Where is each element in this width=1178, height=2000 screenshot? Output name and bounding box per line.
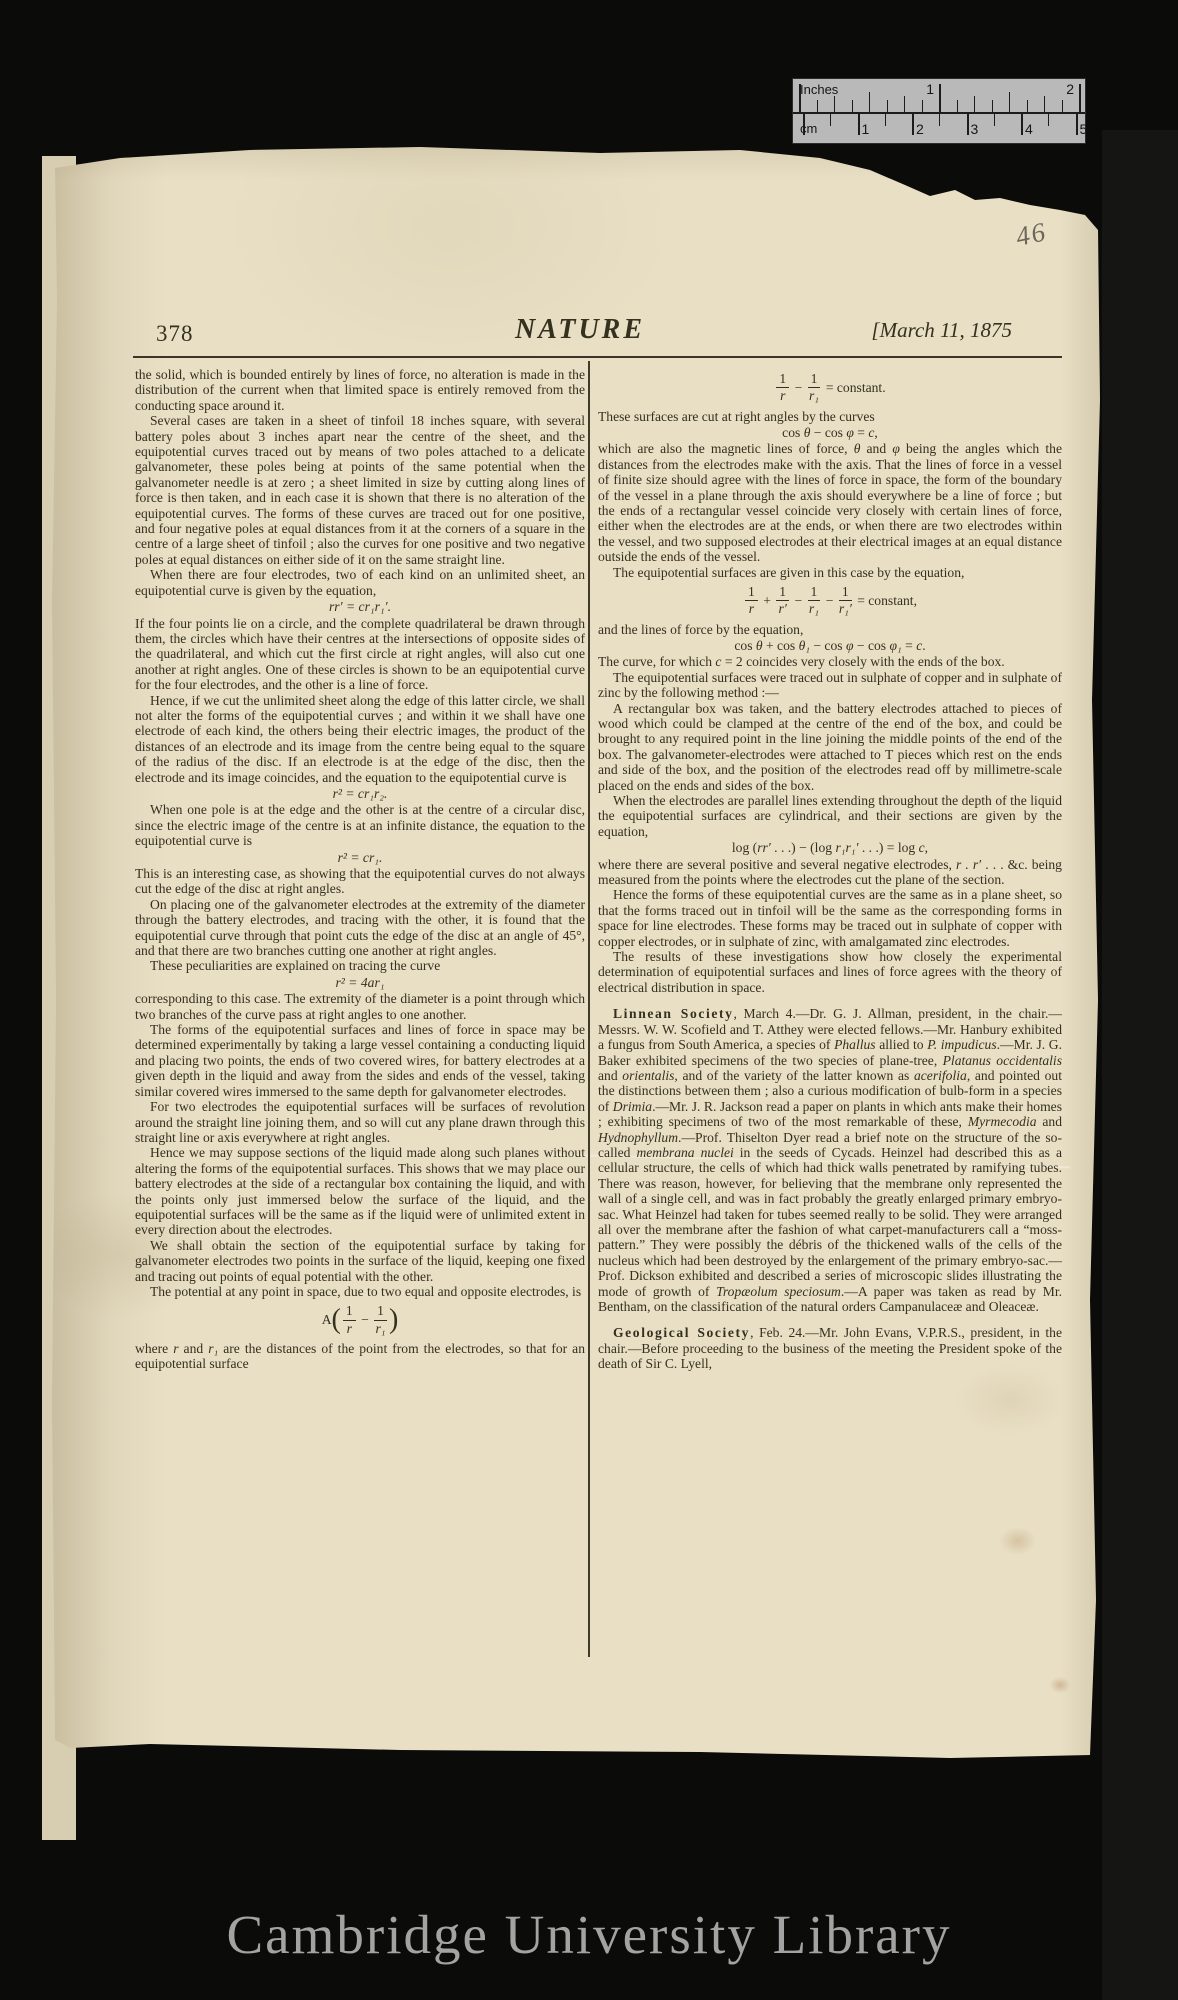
paragraph: The results of these investigations show… bbox=[598, 949, 1062, 995]
text-run: r² = cr₁r₂. bbox=[333, 786, 388, 801]
ruler-tick bbox=[817, 100, 818, 112]
paragraph: When there are four electrodes, two of e… bbox=[135, 567, 585, 598]
text-run: When one pole is at the edge and the oth… bbox=[135, 802, 585, 848]
fraction: 1r₁ bbox=[374, 1304, 387, 1336]
text-run: When the electrodes are parallel lines e… bbox=[598, 793, 1062, 839]
ruler-tick bbox=[992, 100, 993, 112]
ruler-tick bbox=[834, 96, 835, 112]
ruler-tick bbox=[939, 84, 941, 112]
paragraph: When the electrodes are parallel lines e… bbox=[598, 793, 1062, 839]
text-run: , bbox=[925, 840, 928, 855]
ruler-tick bbox=[1079, 84, 1081, 112]
text-run: For two electrodes the equipotential sur… bbox=[135, 1099, 585, 1145]
text-run: , bbox=[874, 425, 877, 440]
paragraph: The curve, for which c = 2 coincides ver… bbox=[598, 654, 1062, 669]
text-run: and bbox=[598, 1068, 622, 1083]
paragraph: Hence the forms of these equipotential c… bbox=[598, 887, 1062, 949]
parenthesis: ( bbox=[332, 1306, 341, 1334]
paragraph: The forms of the equipotential surfaces … bbox=[135, 1022, 585, 1099]
ruler-tick bbox=[799, 84, 801, 112]
text-run: − bbox=[791, 380, 805, 395]
ruler-tick bbox=[1009, 92, 1010, 112]
ruler-tick bbox=[1044, 96, 1045, 112]
paragraph: These peculiarities are explained on tra… bbox=[135, 958, 585, 973]
ruler-tick bbox=[912, 114, 914, 135]
ruler-cm-number: 5 bbox=[1080, 121, 1088, 137]
paragraph: A rectangular box was taken, and the bat… bbox=[598, 701, 1062, 793]
text-run: The equipotential surfaces are given in … bbox=[613, 565, 964, 580]
text-run: , and of the variety of the latter known… bbox=[674, 1068, 914, 1083]
text-run: where there are several positive and sev… bbox=[598, 857, 956, 872]
text-run: φ bbox=[846, 425, 854, 440]
ruler-cm-number: 1 bbox=[862, 121, 870, 137]
equation: log (rr′ . . .) − (log r₁r₁′ . . .) = lo… bbox=[598, 840, 1062, 855]
text-run: Hence we may suppose sections of the liq… bbox=[135, 1145, 585, 1237]
ruler-tick bbox=[885, 114, 886, 126]
text-run: being the angles which the distances fro… bbox=[598, 441, 1062, 564]
text-run: corresponding to this case. The extremit… bbox=[135, 991, 585, 1021]
text-run: cos bbox=[734, 638, 756, 653]
society-name: Geological Society bbox=[613, 1325, 750, 1340]
text-run: When there are four electrodes, two of e… bbox=[135, 567, 585, 597]
text-run: = constant, bbox=[854, 593, 917, 608]
text-run: θ bbox=[756, 638, 763, 653]
text-run: A bbox=[322, 1312, 332, 1327]
text-run: φ₁ bbox=[889, 638, 901, 653]
equation: rr′ = cr₁r₁′. bbox=[135, 599, 585, 614]
ruler-cm-number: 4 bbox=[1025, 121, 1033, 137]
text-run: Hence, if we cut the unlimited sheet alo… bbox=[135, 693, 585, 785]
text-run: − cos bbox=[810, 638, 846, 653]
ruler-tick bbox=[994, 114, 995, 126]
text-run: Tropæolum speciosum bbox=[716, 1284, 841, 1299]
paragraph: For two electrodes the equipotential sur… bbox=[135, 1099, 585, 1145]
ruler-tick bbox=[858, 114, 860, 135]
text-run: and bbox=[179, 1341, 209, 1356]
text-run: orientalis bbox=[622, 1068, 674, 1083]
text-run: and the lines of force by the equation, bbox=[598, 622, 803, 637]
text-run: membrana nuclei bbox=[636, 1145, 733, 1160]
text-run: We shall obtain the section of the equip… bbox=[135, 1238, 585, 1284]
text-run: The curve, for which bbox=[598, 654, 715, 669]
journal-page: 46 378 NATURE [March 11, 1875 the solid,… bbox=[50, 145, 1105, 1765]
paragraph: The equipotential surfaces are given in … bbox=[598, 565, 1062, 580]
ruler-tick bbox=[803, 114, 805, 135]
text-run: A rectangular box was taken, and the bat… bbox=[598, 701, 1062, 793]
paragraph: where there are several positive and sev… bbox=[598, 857, 1062, 888]
ruler-cm-number: 3 bbox=[971, 121, 979, 137]
measurement-ruler: Inches cm 1212345 bbox=[792, 78, 1086, 144]
text-run: allied to bbox=[876, 1037, 928, 1052]
text-run: θ₁ bbox=[799, 638, 810, 653]
text-run: The potential at any point in space, due… bbox=[150, 1284, 581, 1299]
paragraph: Hence we may suppose sections of the liq… bbox=[135, 1145, 585, 1237]
ruler-tick bbox=[830, 114, 831, 126]
paragraph: corresponding to this case. The extremit… bbox=[135, 991, 585, 1022]
paragraph: On placing one of the galvanometer elect… bbox=[135, 897, 585, 959]
page-number: 378 bbox=[156, 321, 194, 347]
paragraph: Linnean Society, March 4.—Dr. G. J. Allm… bbox=[598, 1006, 1062, 1314]
header-rule bbox=[133, 356, 1062, 358]
equation: cos θ + cos θ₁ − cos φ − cos φ₁ = c. bbox=[598, 638, 1062, 653]
text-run: On placing one of the galvanometer elect… bbox=[135, 897, 585, 958]
text-run: This is an interesting case, as showing … bbox=[135, 866, 585, 896]
column-right: 1r − 1r₁ = constant.These surfaces are c… bbox=[598, 367, 1062, 1372]
paragraph: Hence, if we cut the unlimited sheet alo… bbox=[135, 693, 585, 785]
equation: 1r − 1r₁ = constant. bbox=[598, 370, 1062, 406]
journal-title: NATURE bbox=[430, 314, 730, 346]
text-run: − bbox=[358, 1312, 372, 1327]
equation: 1r + 1r′ − 1r₁ − 1r₁′ = constant, bbox=[598, 583, 1062, 619]
ruler-tick bbox=[887, 100, 888, 112]
text-run: and bbox=[1037, 1114, 1062, 1129]
paragraph: where r and r₁ are the distances of the … bbox=[135, 1341, 585, 1372]
text-run: which are also the magnetic lines of for… bbox=[598, 441, 854, 456]
fraction: 1r bbox=[343, 1304, 356, 1336]
text-run: r₁ bbox=[208, 1341, 218, 1356]
paragraph: which are also the magnetic lines of for… bbox=[598, 441, 1062, 564]
paragraph: We shall obtain the section of the equip… bbox=[135, 1238, 585, 1284]
text-run: in the seeds of Cycads. Heinzel had desc… bbox=[598, 1145, 1062, 1299]
text-run: P. impudicus bbox=[927, 1037, 996, 1052]
text-run: Drimia bbox=[613, 1099, 652, 1114]
issue-date: [March 11, 1875 bbox=[750, 318, 1012, 343]
paragraph: If the four points lie on a circle, and … bbox=[135, 616, 585, 693]
text-run: rr′ bbox=[757, 840, 771, 855]
text-run: These surfaces are cut at right angles b… bbox=[598, 409, 875, 424]
text-run: Myrmecodia bbox=[968, 1114, 1037, 1129]
column-divider bbox=[588, 361, 590, 1657]
text-run: r² = cr₁. bbox=[338, 850, 383, 865]
text-run: where bbox=[135, 1341, 173, 1356]
text-run: The equipotential surfaces were traced o… bbox=[598, 670, 1062, 700]
text-run: If the four points lie on a circle, and … bbox=[135, 616, 585, 693]
parenthesis: ) bbox=[389, 1306, 398, 1334]
equation: A(1r − 1r₁) bbox=[135, 1302, 585, 1338]
ruler-tick bbox=[1048, 114, 1049, 126]
equation: r² = cr₁r₂. bbox=[135, 786, 585, 801]
paragraph: Geological Society, Feb. 24.—Mr. John Ev… bbox=[598, 1325, 1062, 1371]
text-run: = constant. bbox=[822, 380, 885, 395]
paragraph: These surfaces are cut at right angles b… bbox=[598, 409, 1062, 424]
paragraph: The equipotential surfaces were traced o… bbox=[598, 670, 1062, 701]
text-run: Hence the forms of these equipotential c… bbox=[598, 887, 1062, 948]
text-run: r₁r₁′ bbox=[835, 840, 858, 855]
text-run: + cos bbox=[763, 638, 799, 653]
text-run: Platanus occidentalis bbox=[943, 1053, 1062, 1068]
text-run: = bbox=[854, 425, 868, 440]
ruler-tick bbox=[1021, 114, 1023, 135]
paragraph: When one pole is at the edge and the oth… bbox=[135, 802, 585, 848]
fraction: 1r₁ bbox=[808, 372, 821, 404]
ruler-inch-number: 1 bbox=[909, 81, 934, 97]
ruler-tick bbox=[904, 96, 905, 112]
ruler-tick bbox=[852, 100, 853, 112]
text-run: + bbox=[760, 593, 774, 608]
pencil-annotation: 46 bbox=[1013, 216, 1050, 253]
ruler-tick bbox=[1062, 100, 1063, 112]
text-run: log ( bbox=[732, 840, 757, 855]
ruler-tick bbox=[1027, 100, 1028, 112]
equation: r² = 4ar₁ bbox=[135, 975, 585, 990]
ruler-tick bbox=[869, 92, 870, 112]
text-run: . . .) = log bbox=[858, 840, 918, 855]
paragraph: This is an interesting case, as showing … bbox=[135, 866, 585, 897]
society-name: Linnean Society bbox=[613, 1006, 734, 1021]
text-run: Phallus bbox=[834, 1037, 876, 1052]
text-run: r² = 4ar₁ bbox=[336, 975, 385, 990]
column-left: the solid, which is bounded entirely by … bbox=[135, 367, 585, 1372]
fraction: 1r bbox=[745, 585, 758, 617]
paragraph: Several cases are taken in a sheet of ti… bbox=[135, 413, 585, 567]
text-run: φ bbox=[892, 441, 900, 456]
text-run: rr′ = cr₁r₁′. bbox=[329, 599, 391, 614]
library-watermark: Cambridge University Library bbox=[0, 1903, 1178, 1966]
paragraph: the solid, which is bounded entirely by … bbox=[135, 367, 585, 413]
book-cover-edge bbox=[1102, 130, 1178, 2000]
text-run: − cos bbox=[853, 638, 889, 653]
ruler-tick bbox=[974, 96, 975, 112]
fraction: 1r bbox=[776, 372, 789, 404]
text-run: r . r′ bbox=[956, 857, 981, 872]
text-run: = 2 coincides very closely with the ends… bbox=[721, 654, 1004, 669]
fraction: 1r′ bbox=[776, 585, 789, 617]
fraction: 1r₁ bbox=[808, 585, 821, 617]
text-run: cos bbox=[782, 425, 804, 440]
text-run: The forms of the equipotential surfaces … bbox=[135, 1022, 585, 1099]
ruler-cm-number: 2 bbox=[916, 121, 924, 137]
ruler-inches-label: Inches bbox=[800, 82, 838, 97]
text-run: acerifolia bbox=[914, 1068, 967, 1083]
ruler-tick bbox=[922, 100, 923, 112]
text-run: − bbox=[822, 593, 836, 608]
text-run: Hydnophyllum bbox=[598, 1130, 678, 1145]
fraction: 1r₁′ bbox=[839, 585, 852, 617]
text-run: − bbox=[791, 593, 805, 608]
ruler-inch-number: 2 bbox=[1049, 81, 1074, 97]
equation: r² = cr₁. bbox=[135, 850, 585, 865]
paragraph: The potential at any point in space, due… bbox=[135, 1284, 585, 1299]
ruler-tick bbox=[967, 114, 969, 135]
scanned-page-photo: { "header": { "page_number": "378", "jou… bbox=[0, 0, 1178, 2000]
ruler-tick bbox=[1076, 114, 1078, 135]
text-run: . . .) − (log bbox=[771, 840, 836, 855]
equation: cos θ − cos φ = c, bbox=[598, 425, 1062, 440]
text-run: and bbox=[860, 441, 892, 456]
text-run: − cos bbox=[810, 425, 846, 440]
text-run: These peculiarities are explained on tra… bbox=[150, 958, 440, 973]
text-run: the solid, which is bounded entirely by … bbox=[135, 367, 585, 413]
ruler-tick bbox=[939, 114, 940, 126]
text-run: = bbox=[902, 638, 916, 653]
text-run: Several cases are taken in a sheet of ti… bbox=[135, 413, 585, 567]
ruler-tick bbox=[957, 100, 958, 112]
text-run: The results of these investigations show… bbox=[598, 949, 1062, 995]
paragraph: and the lines of force by the equation, bbox=[598, 622, 1062, 637]
text-run: . bbox=[922, 638, 925, 653]
